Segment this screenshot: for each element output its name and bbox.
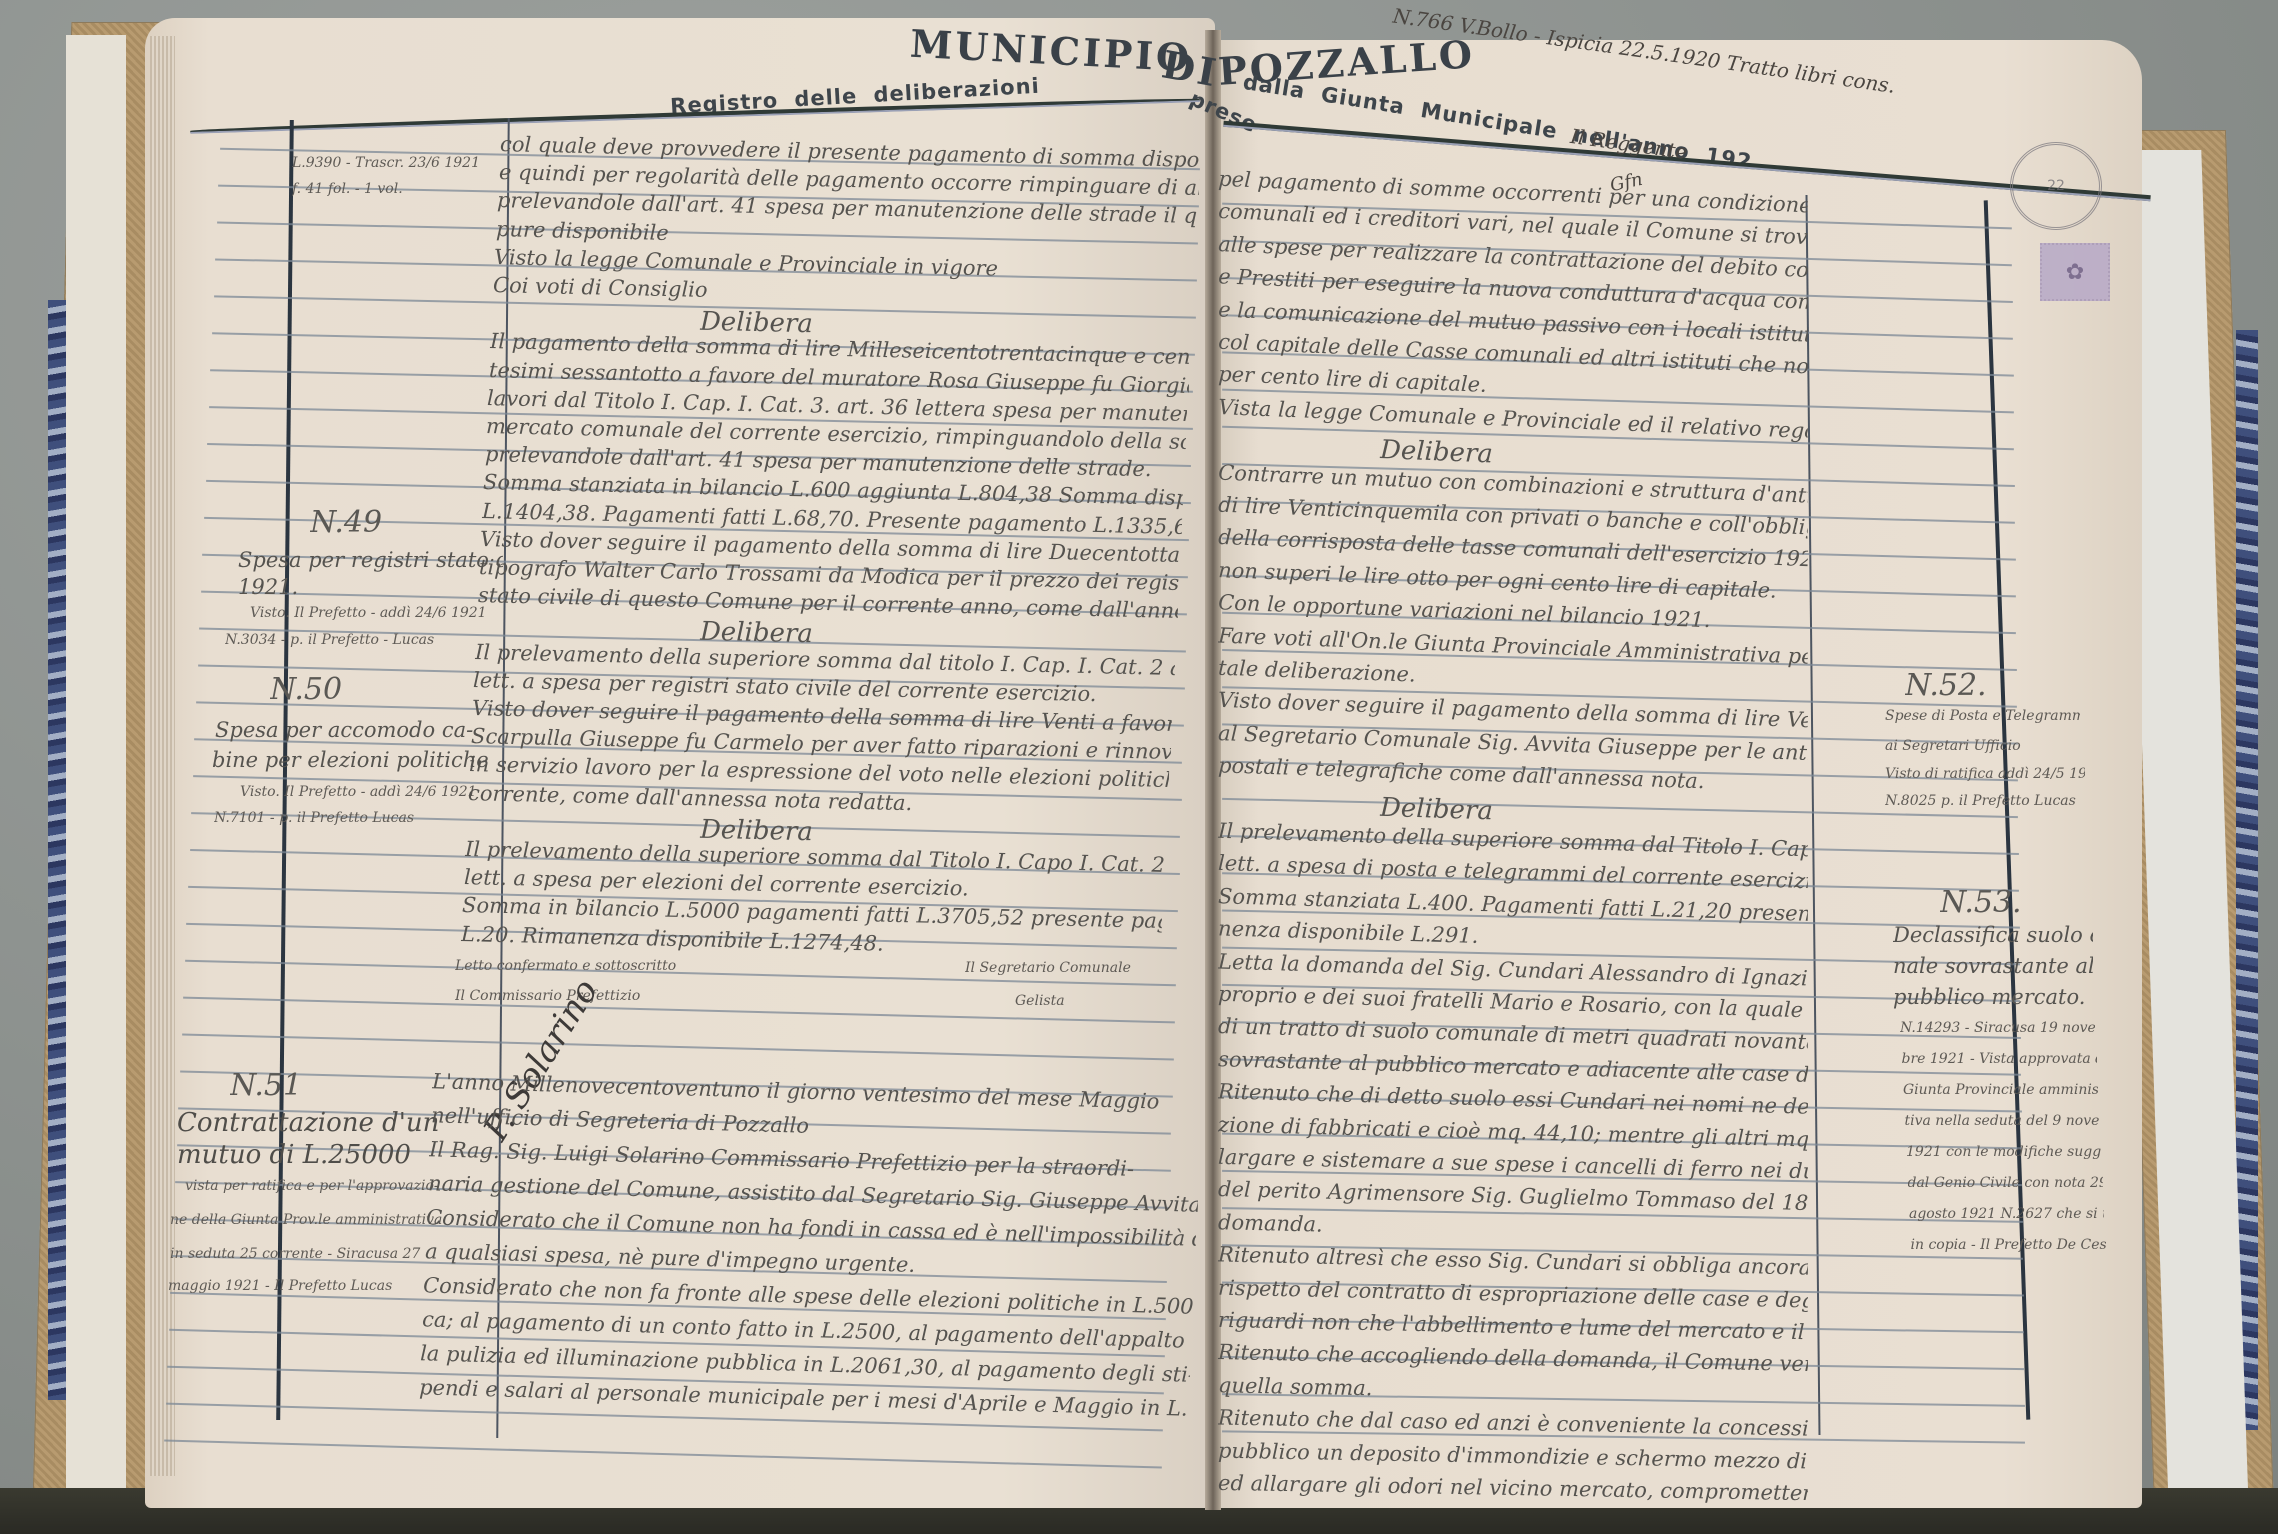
signature-block-commissioner: Il Commissario Prefettizio: [455, 988, 640, 1004]
prefect-approval-note: dal Genio Civile con nota 29: [1908, 1175, 2103, 1191]
prefect-approval-note: tiva nella seduta del 9 novembre: [1905, 1113, 2100, 1129]
delibera-heading: Delibera: [1380, 792, 1581, 828]
signature-secretary-name: Gelista: [1015, 993, 1065, 1009]
margin-note-transcription: L.9390 - Trascr. 23/6 1921: [292, 155, 480, 171]
prefect-approval-note: Visto di ratifica addì 24/5 1921: [1885, 766, 2085, 782]
revenue-stamp-icon: ✿: [2040, 243, 2110, 301]
prefect-approval-note: N.8025 p. il Prefetto Lucas: [1885, 793, 2085, 809]
deliberation-number-53: N.53.: [1940, 885, 2022, 920]
prefect-approval-note: N.14293 - Siracusa 19 novem-: [1900, 1020, 2095, 1036]
prefect-approval-note: maggio 1921 - Il Prefetto Lucas: [168, 1278, 458, 1294]
prefect-approval-note: N.7101 - p. il Prefetto Lucas: [214, 810, 414, 826]
deliberation-number-50: N.50: [270, 672, 342, 707]
prefect-approval-note: Visto. Il Prefetto - addì 24/6 1921: [240, 784, 477, 800]
deliberation-subject: nale sovrastante al: [1893, 954, 2093, 978]
marbled-cover-edge-left: [48, 300, 68, 1400]
prefect-approval-note: 1921 con le modifiche suggerite: [1906, 1144, 2101, 1160]
prefect-approval-note: Visto. Il Prefetto - addì 24/6 1921: [250, 605, 487, 621]
seal-text: 22: [2047, 178, 2065, 194]
prefect-approval-note: in seduta 25 corrente - Siracusa 27: [170, 1246, 460, 1262]
margin-note-transcription: f. 41 fol. - 1 vol.: [292, 181, 403, 197]
prefect-approval-note: ne della Giunta Prov.le amministrativa: [170, 1212, 460, 1228]
deliberation-number-52: N.52.: [1905, 668, 1987, 703]
deliberation-subject: Spese di Posta e Telegrammi: [1885, 708, 2080, 724]
endpaper-left: [66, 35, 126, 1505]
deliberation-subject: bine per elezioni politiche: [212, 748, 492, 772]
deliberation-subject: 1921.: [238, 575, 298, 599]
deliberation-number-51: N.51: [230, 1068, 302, 1103]
prefect-approval-note: bre 1921 - Vista approvata dalla: [1902, 1051, 2097, 1067]
deliberation-subject: Contrattazione d'un: [177, 1108, 457, 1138]
prefect-approval-note: vista per ratifica e per l'approvazio-: [185, 1178, 465, 1194]
header-title-di: DI: [1159, 41, 1223, 95]
prefect-approval-note: N.3034 - p. il Prefetto - Lucas: [225, 632, 434, 648]
prefect-approval-note: in copia - Il Prefetto De Cesare: [1911, 1237, 2106, 1253]
official-seal-stamp: 22: [2010, 142, 2102, 230]
deliberation-subject: Spesa per accomodo ca-: [215, 718, 495, 742]
signature-block-secretary: Il Segretario Comunale: [965, 960, 1131, 976]
signature-block-read-confirmed: Letto confermato e sottoscritto: [455, 958, 676, 974]
deliberation-subject: pubblico mercato.: [1893, 985, 2093, 1009]
prefect-approval-note: agosto 1921 N.2627 che si unisce: [1909, 1206, 2104, 1222]
deliberation-subject: Spesa per registri stato civile: [238, 548, 503, 572]
deliberation-subject: Declassifica suolo comu-: [1893, 923, 2093, 947]
deliberation-subject: mutuo di L.25000: [177, 1140, 457, 1170]
deliberation-subject: ai Segretari Ufficio: [1885, 738, 2080, 754]
prefect-approval-note: Giunta Provinciale amministra-: [1903, 1082, 2098, 1098]
deliberation-number-49: N.49: [310, 505, 382, 540]
